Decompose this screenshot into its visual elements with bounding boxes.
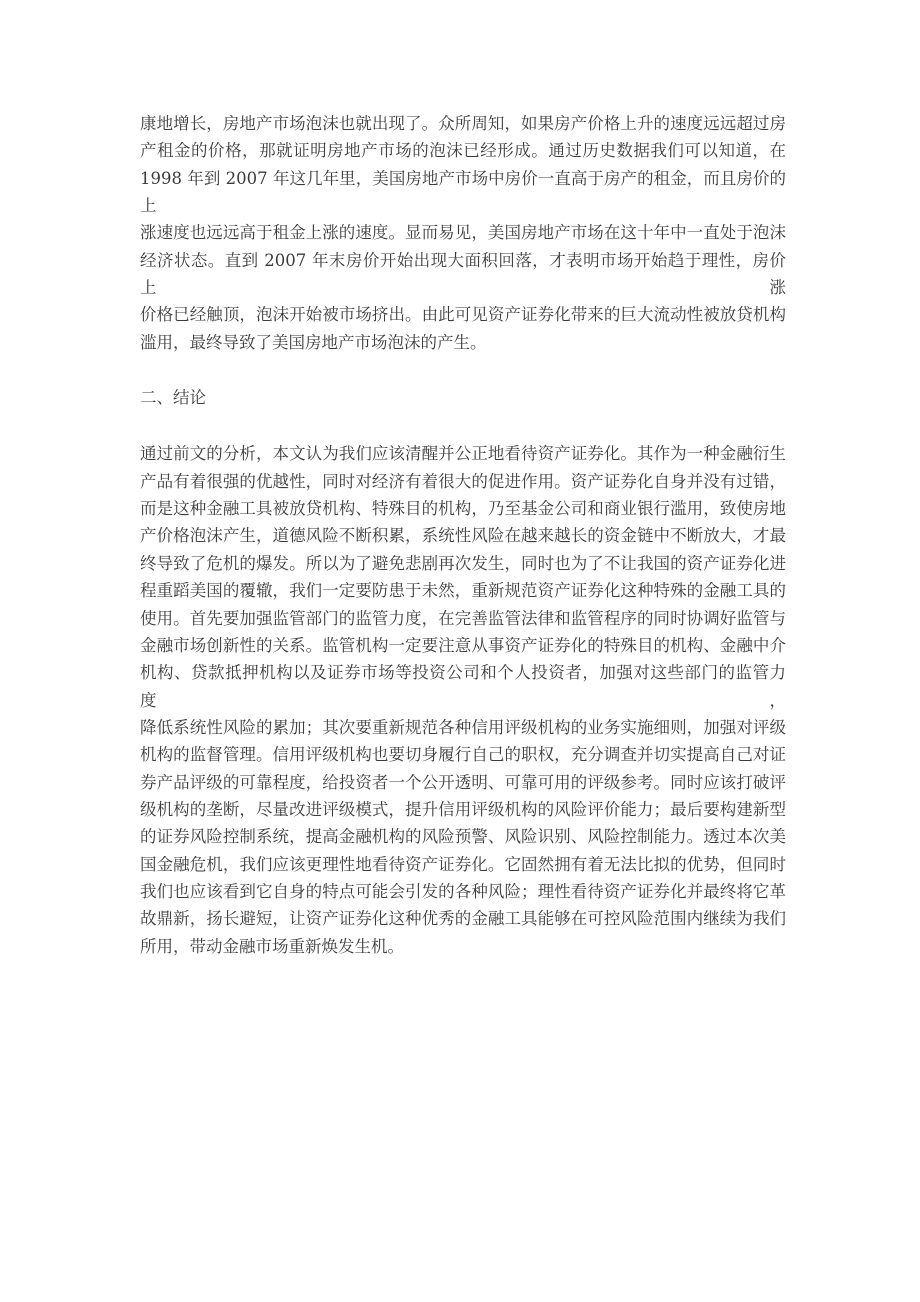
text-line: 使用。首先要加强监管部门的监管力度，在完善监管法律和监管程序的同时协调好监管与 (140, 605, 786, 632)
text-line: 产价格泡沫产生，道德风险不断积累，系统性风险在越来越长的资金链中不断放大，才最 (140, 522, 786, 549)
text-line: 程重蹈美国的覆辙，我们一定要防患于未然，重新规范资产证券化这种特殊的金融工具的 (140, 577, 786, 604)
text-line: 而是这种金融工具被放贷机构、特殊目的机构，乃至基金公司和商业银行滥用，致使房地 (140, 495, 786, 522)
text-line: 降低系统性风险的累加；其次要重新规范各种信用评级机构的业务实施细则，加强对评级 (140, 714, 786, 741)
document-text-block: 康地增长，房地产市场泡沫也就出现了。众所周知，如果房产价格上升的速度远远超过房产… (140, 110, 786, 960)
text-line: 1998 年到 2007 年这几年里，美国房地产市场中房价一直高于房产的租金，而… (140, 165, 786, 220)
text-line: 通过前文的分析，本文认为我们应该清醒并公正地看待资产证券化。其作为一种金融衍生 (140, 440, 786, 467)
text-line: 金融市场创新性的关系。监管机构一定要注意从事资产证券化的特殊目的机构、金融中介 (140, 632, 786, 659)
text-line: 我们也应该看到它自身的特点可能会引发的各种风险；理性看待资产证券化并最终将它革 (140, 878, 786, 905)
section-heading-conclusion: 二、结论 (140, 384, 786, 411)
text-line: 故鼎新，扬长避短，让资产证券化这种优秀的金融工具能够在可控风险范围内继续为我们 (140, 905, 786, 932)
text-line: 的证券风险控制系统，提高金融机构的风险预警、风险识别、风险控制能力。透过本次美 (140, 823, 786, 850)
text-line: 国金融危机，我们应该更理性地看待资产证券化。它固然拥有着无法比拟的优势，但同时 (140, 851, 786, 878)
paragraph-conclusion: 通过前文的分析，本文认为我们应该清醒并公正地看待资产证券化。其作为一种金融衍生产… (140, 440, 786, 960)
text-line: 产租金的价格，那就证明房地产市场的泡沫已经形成。通过历史数据我们可以知道，在 (140, 137, 786, 164)
paragraph-housing-bubble: 康地增长，房地产市场泡沫也就出现了。众所周知，如果房产价格上升的速度远远超过房产… (140, 110, 786, 356)
text-line: 终导致了危机的爆发。所以为了避免悲剧再次发生，同时也为了不让我国的资产证券化进 (140, 550, 786, 577)
text-line: 所用，带动金融市场重新焕发生机。 (140, 933, 786, 960)
text-line: 滥用，最终导致了美国房地产市场泡沫的产生。 (140, 329, 786, 356)
text-line: 价格已经触顶，泡沫开始被市场挤出。由此可见资产证券化带来的巨大流动性被放贷机构 (140, 301, 786, 328)
text-line: 券产品评级的可靠程度，给投资者一个公开透明、可靠可用的评级参考。同时应该打破评 (140, 769, 786, 796)
text-line: 涨速度也远远高于租金上涨的速度。显而易见，美国房地产市场在这十年中一直处于泡沫 (140, 219, 786, 246)
text-line: 经济状态。直到 2007 年末房价开始出现大面积回落，才表明市场开始趋于理性，房… (140, 247, 786, 302)
text-line: 机构的监督管理。信用评级机构也要切身履行自己的职权，充分调查并切实提高自己对证 (140, 741, 786, 768)
document-page: 康地增长，房地产市场泡沫也就出现了。众所周知，如果房产价格上升的速度远远超过房产… (0, 0, 920, 1302)
text-line: 康地增长，房地产市场泡沫也就出现了。众所周知，如果房产价格上升的速度远远超过房 (140, 110, 786, 137)
text-line: 级机构的垄断，尽量改进评级模式，提升信用评级机构的风险评价能力；最后要构建新型 (140, 796, 786, 823)
text-line: 机构、贷款抵押机构以及证券市场等投资公司和个人投资者，加强对这些部门的监管力度， (140, 659, 786, 714)
text-line: 产品有着很强的优越性，同时对经济有着很大的促进作用。资产证券化自身并没有过错， (140, 468, 786, 495)
